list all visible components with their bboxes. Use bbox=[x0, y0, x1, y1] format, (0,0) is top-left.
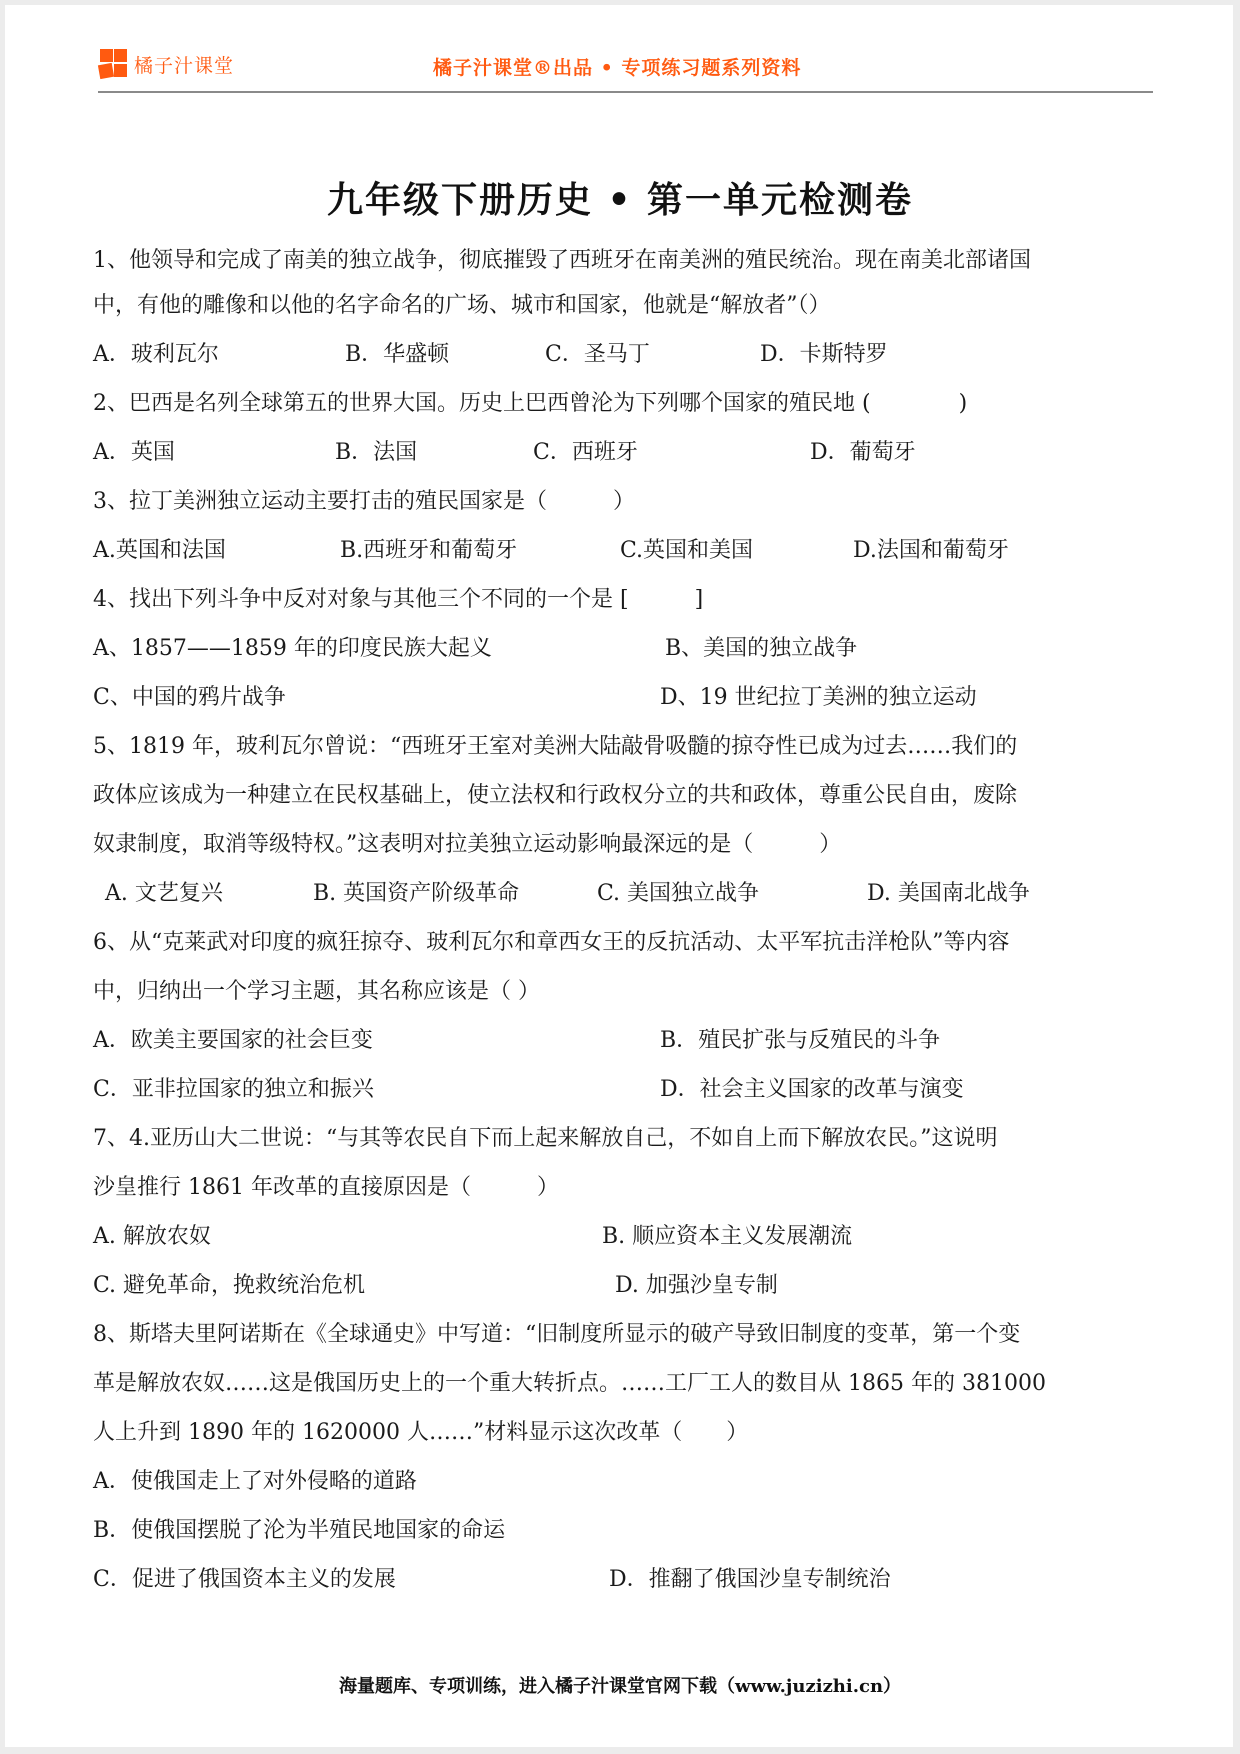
q4-option-a[interactable]: A、1857——1859 年的印度民族大起义 bbox=[93, 634, 492, 664]
question-7-line-2: 沙皇推行 1861 年改革的直接原因是（ ） bbox=[93, 1173, 559, 1203]
header-title: 橘子汁课堂®出品 • 专项练习题系列资料 bbox=[433, 53, 801, 80]
q2-option-a[interactable]: A．英国 bbox=[93, 438, 175, 468]
question-1-line-2: 中，有他的雕像和以他的名字命名的广场、城市和国家，他就是“解放者”（） bbox=[93, 291, 831, 321]
q4-option-b[interactable]: B、美国的独立战争 bbox=[665, 634, 857, 664]
q1-option-a[interactable]: A．玻利瓦尔 bbox=[93, 340, 219, 370]
q4-option-c[interactable]: C、中国的鸦片战争 bbox=[93, 683, 286, 713]
question-6-line-1: 6、从“克莱武对印度的疯狂掠夺、玻利瓦尔和章西女王的反抗活动、太平军抗击洋枪队”… bbox=[93, 928, 1010, 958]
question-1-line-1: 1、他领导和完成了南美的独立战争，彻底摧毁了西班牙在南美洲的殖民统治。现在南美北… bbox=[93, 246, 1031, 276]
q6-option-d[interactable]: D．社会主义国家的改革与演变 bbox=[660, 1075, 964, 1105]
q7-option-a[interactable]: A. 解放农奴 bbox=[93, 1222, 211, 1252]
q3-option-b[interactable]: B.西班牙和葡萄牙 bbox=[340, 536, 517, 566]
page-title: 九年级下册历史 • 第一单元检测卷 bbox=[0, 172, 1240, 223]
q7-option-d[interactable]: D. 加强沙皇专制 bbox=[615, 1271, 778, 1301]
logo-squares-icon bbox=[98, 49, 128, 79]
q8-option-d[interactable]: D．推翻了俄国沙皇专制统治 bbox=[609, 1565, 891, 1595]
document-page: 橘子汁课堂 橘子汁课堂®出品 • 专项练习题系列资料 九年级下册历史 • 第一单… bbox=[5, 5, 1233, 1747]
brand-name: 橘子汁课堂 bbox=[134, 51, 234, 78]
question-6-line-2: 中，归纳出一个学习主题，其名称应该是（ ） bbox=[93, 977, 540, 1007]
page-footer: 海量题库、专项训练，进入橘子汁课堂官网下载（www.juzizhi.cn） bbox=[0, 1672, 1240, 1698]
q6-option-b[interactable]: B．殖民扩张与反殖民的斗争 bbox=[660, 1026, 940, 1056]
question-3-line-1: 3、拉丁美洲独立运动主要打击的殖民国家是（ ） bbox=[93, 487, 635, 517]
page-header: 橘子汁课堂 橘子汁课堂®出品 • 专项练习题系列资料 bbox=[98, 45, 1153, 93]
question-8-line-2: 革是解放农奴……这是俄国历史上的一个重大转折点。……工厂工人的数目从 1865 … bbox=[93, 1369, 1046, 1399]
question-7-line-1: 7、4.亚历山大二世说：“与其等农民自下而上起来解放自己，不如自上而下解放农民。… bbox=[93, 1124, 998, 1154]
q2-option-b[interactable]: B．法国 bbox=[335, 438, 417, 468]
question-2-line-1: 2、巴西是名列全球第五的世界大国。历史上巴西曾沦为下列哪个国家的殖民地 ( ) bbox=[93, 389, 967, 419]
q7-option-c[interactable]: C. 避免革命，挽救统治危机 bbox=[93, 1271, 365, 1301]
brand-logo: 橘子汁课堂 bbox=[98, 49, 234, 79]
q4-option-d[interactable]: D、19 世纪拉丁美洲的独立运动 bbox=[660, 683, 977, 713]
q7-option-b[interactable]: B. 顺应资本主义发展潮流 bbox=[602, 1222, 852, 1252]
q8-option-c[interactable]: C．促进了俄国资本主义的发展 bbox=[93, 1565, 396, 1595]
q3-option-c[interactable]: C.英国和美国 bbox=[620, 536, 753, 566]
q5-option-d[interactable]: D. 美国南北战争 bbox=[867, 879, 1030, 909]
q5-option-a[interactable]: A. 文艺复兴 bbox=[105, 879, 223, 909]
q6-option-a[interactable]: A．欧美主要国家的社会巨变 bbox=[93, 1026, 373, 1056]
q8-option-b[interactable]: B．使俄国摆脱了沦为半殖民地国家的命运 bbox=[93, 1516, 505, 1546]
q2-option-c[interactable]: C．西班牙 bbox=[533, 438, 638, 468]
q5-option-b[interactable]: B. 英国资产阶级革命 bbox=[313, 879, 519, 909]
question-5-line-1: 5、1819 年，玻利瓦尔曾说：“西班牙王室对美洲大陆敲骨吸髓的掠夺性已成为过去… bbox=[93, 732, 1017, 762]
q2-option-d[interactable]: D．葡萄牙 bbox=[810, 438, 916, 468]
q1-option-d[interactable]: D．卡斯特罗 bbox=[760, 340, 888, 370]
question-8-line-1: 8、斯塔夫里阿诺斯在《全球通史》中写道：“旧制度所显示的破产导致旧制度的变革，第… bbox=[93, 1320, 1020, 1350]
q1-option-c[interactable]: C．圣马丁 bbox=[545, 340, 650, 370]
q5-option-c[interactable]: C. 美国独立战争 bbox=[597, 879, 759, 909]
question-4-line-1: 4、找出下列斗争中反对对象与其他三个不同的一个是 [ ] bbox=[93, 585, 703, 615]
q3-option-a[interactable]: A.英国和法国 bbox=[93, 536, 226, 566]
q6-option-c[interactable]: C．亚非拉国家的独立和振兴 bbox=[93, 1075, 374, 1105]
question-5-line-2: 政体应该成为一种建立在民权基础上，使立法权和行政权分立的共和政体，尊重公民自由，… bbox=[93, 781, 1017, 811]
q3-option-d[interactable]: D.法国和葡萄牙 bbox=[853, 536, 1009, 566]
question-5-line-3: 奴隶制度，取消等级特权。”这表明对拉美独立运动影响最深远的是（ ） bbox=[93, 830, 841, 860]
q8-option-a[interactable]: A．使俄国走上了对外侵略的道路 bbox=[93, 1467, 417, 1497]
question-8-line-3: 人上升到 1890 年的 1620000 人……”材料显示这次改革（ ） bbox=[93, 1418, 748, 1448]
q1-option-b[interactable]: B．华盛顿 bbox=[345, 340, 449, 370]
